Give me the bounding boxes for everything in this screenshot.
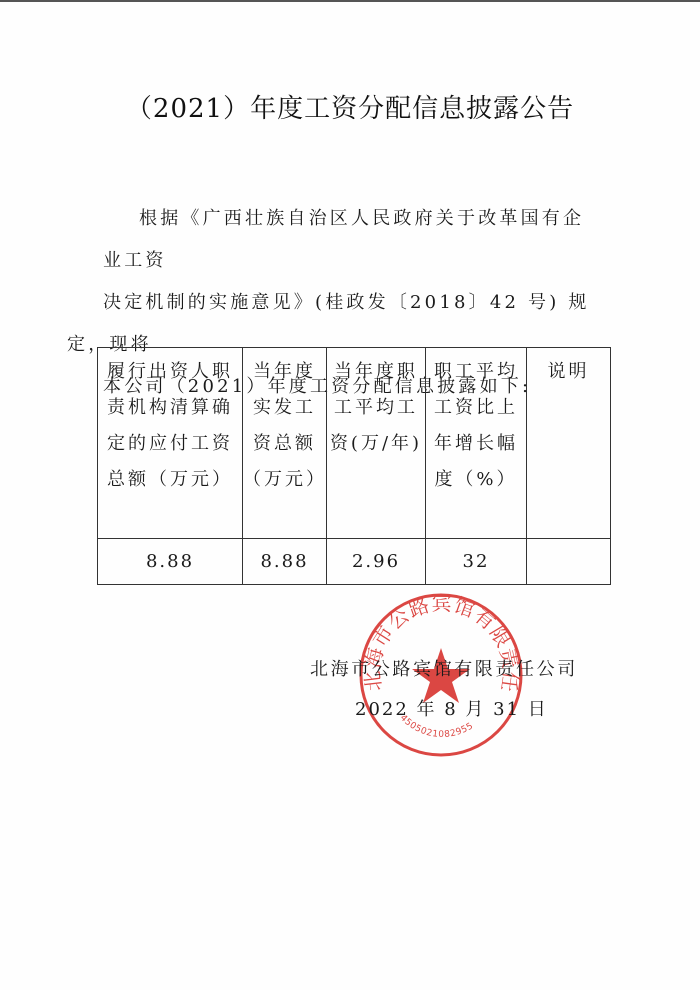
- header-line: 工资比上: [426, 390, 526, 426]
- signature-company: 北海市公路宾馆有限责任公司: [310, 655, 578, 681]
- page-top-edge: [0, 0, 700, 2]
- value-notes: [527, 539, 611, 585]
- header-line: 资(万/年): [327, 426, 425, 462]
- header-line: 当年度职: [327, 354, 425, 390]
- value-actual-total: 8.88: [243, 539, 327, 585]
- table-row: 8.88 8.88 2.96 32: [98, 539, 611, 585]
- intro-line-1: 根据《广西壮族自治区人民政府关于改革国有企业工资: [103, 198, 603, 282]
- document-title: （2021）年度工资分配信息披露公告: [0, 88, 700, 125]
- header-line: 实发工: [243, 390, 326, 426]
- header-line: 资总额: [243, 426, 326, 462]
- header-payable-total: 履行出资人职 责机构清算确 定的应付工资 总额（万元）: [98, 348, 243, 539]
- header-line: 定的应付工资: [98, 426, 242, 462]
- signature-date: 2022 年 8 月 31 日: [355, 695, 548, 721]
- header-line: 工平均工: [327, 390, 425, 426]
- header-line: 总额（万元）: [98, 462, 242, 498]
- header-line: 当年度: [243, 354, 326, 390]
- wage-disclosure-table: 履行出资人职 责机构清算确 定的应付工资 总额（万元） 当年度 实发工 资总额 …: [97, 347, 611, 585]
- header-line: 度（%）: [426, 462, 526, 498]
- value-payable-total: 8.88: [98, 539, 243, 585]
- table-header-row: 履行出资人职 责机构清算确 定的应付工资 总额（万元） 当年度 实发工 资总额 …: [98, 348, 611, 539]
- header-line: 年增长幅: [426, 426, 526, 462]
- header-actual-total: 当年度 实发工 资总额 （万元）: [243, 348, 327, 539]
- header-growth-rate: 职工平均 工资比上 年增长幅 度（%）: [426, 348, 527, 539]
- header-line: 履行出资人职: [98, 354, 242, 390]
- value-average-wage: 2.96: [327, 539, 426, 585]
- header-notes: 说明: [527, 348, 611, 539]
- header-line: 职工平均: [426, 354, 526, 390]
- header-line: 责机构清算确: [98, 390, 242, 426]
- value-growth-rate: 32: [426, 539, 527, 585]
- header-average-wage: 当年度职 工平均工 资(万/年): [327, 348, 426, 539]
- header-line: 说明: [527, 354, 610, 390]
- header-line: （万元）: [243, 462, 326, 498]
